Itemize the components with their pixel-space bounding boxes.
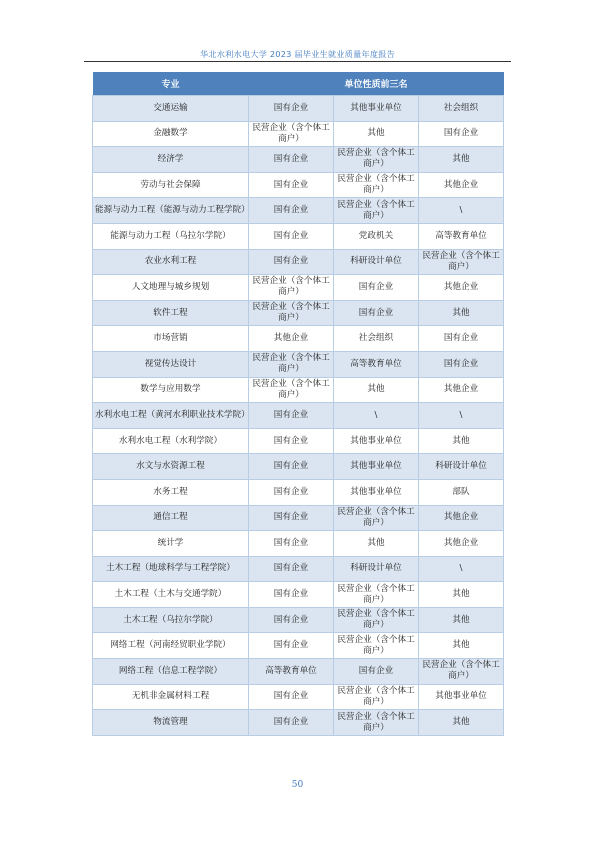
major-cell: 人文地理与城乡规划 (93, 275, 249, 301)
employer-type-rank-3-cell: 国有企业 (419, 351, 504, 377)
major-cell: 网络工程（河南经贸职业学院） (93, 633, 249, 659)
employer-type-rank-2-cell: 科研设计单位 (334, 556, 419, 582)
column-header-top3-employer-types: 单位性质前三名 (249, 72, 504, 96)
employer-type-rank-1-cell: 国有企业 (249, 582, 334, 608)
major-cell: 网络工程（信息工程学院） (93, 659, 249, 685)
employer-type-rank-1-cell: 国有企业 (249, 531, 334, 557)
major-cell: 物流管理 (93, 710, 249, 736)
column-header-major: 专业 (93, 72, 249, 96)
employer-type-rank-3-cell: 其他企业 (419, 172, 504, 198)
employer-type-rank-1-cell: 国有企业 (249, 607, 334, 633)
major-cell: 土木工程（地球科学与工程学院） (93, 556, 249, 582)
table-row: 土木工程（土木与交通学院）国有企业民营企业（含个体工商户）其他 (93, 582, 504, 608)
table-row: 物流管理国有企业民营企业（含个体工商户）其他 (93, 710, 504, 736)
running-header: 华北水利水电大学 2023 届毕业生就业质量年度报告 (0, 49, 595, 60)
employer-type-rank-2-cell: 国有企业 (334, 300, 419, 326)
major-cell: 水文与水资源工程 (93, 454, 249, 480)
employer-type-table: 专业 单位性质前三名 交通运输国有企业其他事业单位社会组织金融数学民营企业（含个… (92, 72, 504, 736)
employer-type-rank-3-cell: 其他 (419, 428, 504, 454)
employer-type-rank-2-cell: 民营企业（含个体工商户） (334, 710, 419, 736)
employer-type-rank-2-cell: 高等教育单位 (334, 351, 419, 377)
header-rule (84, 61, 511, 62)
employer-type-rank-2-cell: 其他 (334, 377, 419, 403)
employer-type-rank-3-cell: 其他企业 (419, 505, 504, 531)
employer-type-rank-1-cell: 国有企业 (249, 428, 334, 454)
employer-type-rank-3-cell: 其他 (419, 607, 504, 633)
major-cell: 无机非金属材料工程 (93, 684, 249, 710)
employer-type-rank-2-cell: 其他事业单位 (334, 428, 419, 454)
employer-type-rank-2-cell: 其他事业单位 (334, 479, 419, 505)
table-row: 网络工程（信息工程学院）高等教育单位国有企业民营企业（含个体工商户） (93, 659, 504, 685)
employer-type-rank-1-cell: 国有企业 (249, 96, 334, 122)
employer-type-rank-1-cell: 民营企业（含个体工商户） (249, 275, 334, 301)
employer-type-rank-3-cell: 其他企业 (419, 377, 504, 403)
employer-type-rank-3-cell: 其他事业单位 (419, 684, 504, 710)
major-cell: 统计学 (93, 531, 249, 557)
employer-type-rank-1-cell: 民营企业（含个体工商户） (249, 300, 334, 326)
major-cell: 土木工程（乌拉尔学院） (93, 607, 249, 633)
employer-type-rank-1-cell: 其他企业 (249, 326, 334, 352)
employer-type-rank-1-cell: 国有企业 (249, 556, 334, 582)
employer-type-rank-2-cell: \ (334, 403, 419, 429)
employer-type-rank-3-cell: 其他 (419, 633, 504, 659)
major-cell: 金融数学 (93, 121, 249, 147)
employer-type-rank-1-cell: 国有企业 (249, 505, 334, 531)
major-cell: 农业水利工程 (93, 249, 249, 275)
employer-type-rank-2-cell: 其他事业单位 (334, 96, 419, 122)
major-cell: 水务工程 (93, 479, 249, 505)
employer-type-rank-2-cell: 民营企业（含个体工商户） (334, 198, 419, 224)
employer-type-rank-1-cell: 国有企业 (249, 479, 334, 505)
table-row: 土木工程（地球科学与工程学院）国有企业科研设计单位\ (93, 556, 504, 582)
employer-type-rank-2-cell: 社会组织 (334, 326, 419, 352)
employer-type-rank-3-cell: 国有企业 (419, 121, 504, 147)
employer-type-rank-3-cell: \ (419, 198, 504, 224)
employer-type-rank-1-cell: 国有企业 (249, 403, 334, 429)
employer-type-rank-1-cell: 民营企业（含个体工商户） (249, 351, 334, 377)
employer-type-rank-1-cell: 国有企业 (249, 684, 334, 710)
table-row: 网络工程（河南经贸职业学院）国有企业民营企业（含个体工商户）其他 (93, 633, 504, 659)
major-cell: 数学与应用数学 (93, 377, 249, 403)
employer-type-rank-2-cell: 其他事业单位 (334, 454, 419, 480)
employer-type-rank-3-cell: 其他企业 (419, 275, 504, 301)
table-row: 水利水电工程（水利学院）国有企业其他事业单位其他 (93, 428, 504, 454)
table-row: 软件工程民营企业（含个体工商户）国有企业其他 (93, 300, 504, 326)
employer-type-rank-2-cell: 民营企业（含个体工商户） (334, 684, 419, 710)
employer-type-rank-1-cell: 国有企业 (249, 147, 334, 173)
table-row: 劳动与社会保障国有企业民营企业（含个体工商户）其他企业 (93, 172, 504, 198)
employer-type-rank-1-cell: 国有企业 (249, 172, 334, 198)
employer-type-rank-2-cell: 国有企业 (334, 275, 419, 301)
page-number: 50 (0, 780, 595, 790)
major-cell: 软件工程 (93, 300, 249, 326)
employer-type-rank-1-cell: 国有企业 (249, 223, 334, 249)
employer-type-rank-2-cell: 民营企业（含个体工商户） (334, 172, 419, 198)
table-row: 数学与应用数学民营企业（含个体工商户）其他其他企业 (93, 377, 504, 403)
employer-type-rank-3-cell: 其他 (419, 710, 504, 736)
major-cell: 市场营销 (93, 326, 249, 352)
employer-type-rank-3-cell: 其他 (419, 300, 504, 326)
table-row: 能源与动力工程（能源与动力工程学院）国有企业民营企业（含个体工商户）\ (93, 198, 504, 224)
employer-type-rank-3-cell: \ (419, 403, 504, 429)
table-row: 农业水利工程国有企业科研设计单位民营企业（含个体工商户） (93, 249, 504, 275)
employer-type-rank-2-cell: 其他 (334, 121, 419, 147)
major-cell: 视觉传达设计 (93, 351, 249, 377)
employer-type-rank-3-cell: 民营企业（含个体工商户） (419, 249, 504, 275)
table-row: 水文与水资源工程国有企业其他事业单位科研设计单位 (93, 454, 504, 480)
table-row: 交通运输国有企业其他事业单位社会组织 (93, 96, 504, 122)
employer-type-rank-1-cell: 民营企业（含个体工商户） (249, 121, 334, 147)
employer-type-rank-1-cell: 国有企业 (249, 633, 334, 659)
employer-type-rank-3-cell: 其他企业 (419, 531, 504, 557)
table-header-row: 专业 单位性质前三名 (93, 72, 504, 96)
employer-type-rank-2-cell: 科研设计单位 (334, 249, 419, 275)
employer-type-rank-2-cell: 民营企业（含个体工商户） (334, 607, 419, 633)
employer-type-rank-3-cell: 其他 (419, 582, 504, 608)
table-row: 视觉传达设计民营企业（含个体工商户）高等教育单位国有企业 (93, 351, 504, 377)
employer-type-rank-2-cell: 民营企业（含个体工商户） (334, 582, 419, 608)
employer-type-rank-1-cell: 国有企业 (249, 710, 334, 736)
employer-type-rank-3-cell: 高等教育单位 (419, 223, 504, 249)
employer-type-rank-3-cell: 部队 (419, 479, 504, 505)
table-row: 无机非金属材料工程国有企业民营企业（含个体工商户）其他事业单位 (93, 684, 504, 710)
major-cell: 土木工程（土木与交通学院） (93, 582, 249, 608)
table-row: 土木工程（乌拉尔学院）国有企业民营企业（含个体工商户）其他 (93, 607, 504, 633)
table-row: 统计学国有企业其他其他企业 (93, 531, 504, 557)
table-row: 金融数学民营企业（含个体工商户）其他国有企业 (93, 121, 504, 147)
employer-type-rank-3-cell: 其他 (419, 147, 504, 173)
major-cell: 劳动与社会保障 (93, 172, 249, 198)
employer-type-rank-1-cell: 国有企业 (249, 454, 334, 480)
table-row: 水利水电工程（黄河水利职业技术学院）国有企业\\ (93, 403, 504, 429)
employer-type-rank-1-cell: 高等教育单位 (249, 659, 334, 685)
major-cell: 水利水电工程（黄河水利职业技术学院） (93, 403, 249, 429)
employer-type-rank-3-cell: \ (419, 556, 504, 582)
table-row: 通信工程国有企业民营企业（含个体工商户）其他企业 (93, 505, 504, 531)
employer-type-rank-3-cell: 国有企业 (419, 326, 504, 352)
employer-type-rank-2-cell: 其他 (334, 531, 419, 557)
employer-type-rank-1-cell: 民营企业（含个体工商户） (249, 377, 334, 403)
major-cell: 能源与动力工程（乌拉尔学院） (93, 223, 249, 249)
employer-type-rank-3-cell: 科研设计单位 (419, 454, 504, 480)
table-row: 能源与动力工程（乌拉尔学院）国有企业党政机关高等教育单位 (93, 223, 504, 249)
employer-type-rank-2-cell: 民营企业（含个体工商户） (334, 505, 419, 531)
major-cell: 水利水电工程（水利学院） (93, 428, 249, 454)
table-row: 水务工程国有企业其他事业单位部队 (93, 479, 504, 505)
employer-type-rank-2-cell: 党政机关 (334, 223, 419, 249)
table-row: 经济学国有企业民营企业（含个体工商户）其他 (93, 147, 504, 173)
employer-type-rank-2-cell: 民营企业（含个体工商户） (334, 633, 419, 659)
major-cell: 通信工程 (93, 505, 249, 531)
employer-type-rank-1-cell: 国有企业 (249, 249, 334, 275)
major-cell: 能源与动力工程（能源与动力工程学院） (93, 198, 249, 224)
employer-type-rank-2-cell: 国有企业 (334, 659, 419, 685)
employer-type-rank-2-cell: 民营企业（含个体工商户） (334, 147, 419, 173)
table-row: 人文地理与城乡规划民营企业（含个体工商户）国有企业其他企业 (93, 275, 504, 301)
major-cell: 经济学 (93, 147, 249, 173)
employer-type-rank-3-cell: 民营企业（含个体工商户） (419, 659, 504, 685)
employer-type-rank-3-cell: 社会组织 (419, 96, 504, 122)
major-cell: 交通运输 (93, 96, 249, 122)
employer-type-rank-1-cell: 国有企业 (249, 198, 334, 224)
table-row: 市场营销其他企业社会组织国有企业 (93, 326, 504, 352)
